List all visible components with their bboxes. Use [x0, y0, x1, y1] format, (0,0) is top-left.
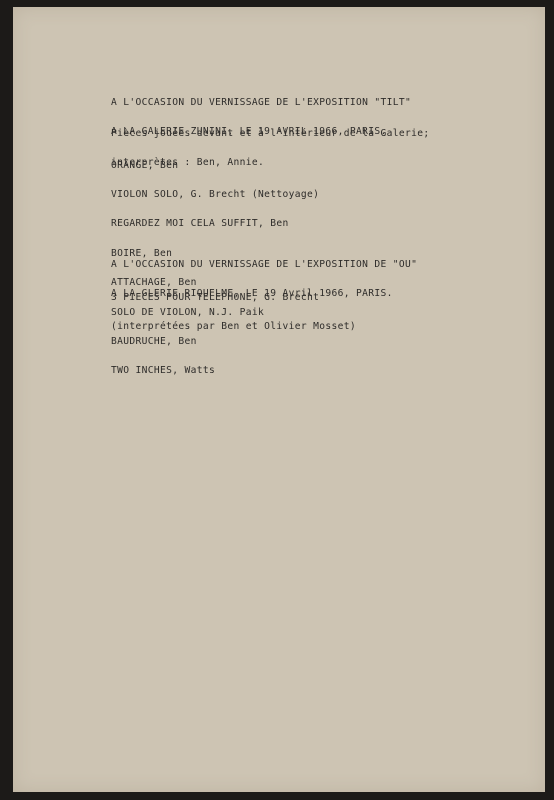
piece-item: ORANGE, Ben [111, 161, 319, 171]
piece-item: REGARDEZ MOI CELA SUFFIT, Ben [111, 219, 319, 229]
piece-item: (interprétées par Ben et Olivier Mosset) [111, 322, 356, 332]
section2-pieces-list: 3 PIECES POUR TELEPHONE, G. Brecht (inte… [111, 273, 356, 351]
section2-header-line-1: A L'OCCASION DU VERNISSAGE DE L'EXPOSITI… [111, 260, 417, 270]
typed-page: A L'OCCASION DU VERNISSAGE DE L'EXPOSITI… [13, 7, 545, 792]
piece-item: TWO INCHES, Watts [111, 366, 319, 376]
section1-intro-line-1: Pièces jouées devant et à l'intérieur de… [111, 129, 430, 139]
section1-header-line-1: A L'OCCASION DU VERNISSAGE DE L'EXPOSITI… [111, 98, 411, 108]
piece-item: 3 PIECES POUR TELEPHONE, G. Brecht [111, 293, 356, 303]
piece-item: VIOLON SOLO, G. Brecht (Nettoyage) [111, 190, 319, 200]
